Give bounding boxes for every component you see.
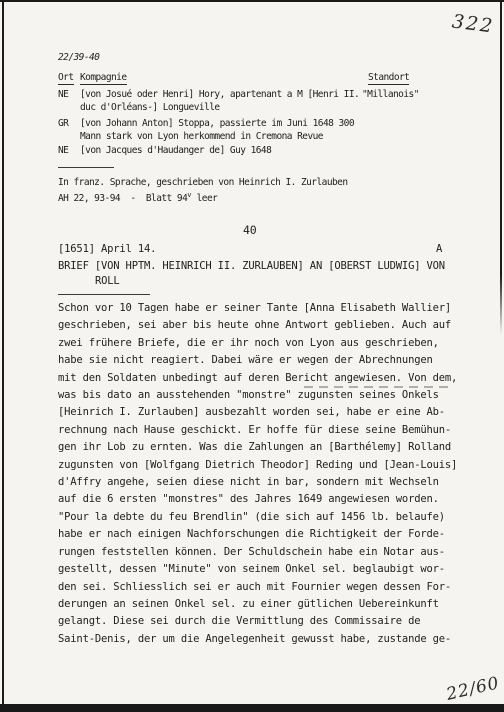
table-header-row: Ort Kompagnie Standort xyxy=(0,71,31,136)
correction-smudge xyxy=(304,386,450,388)
source-reference: AH 22, 93-94 - Blatt 94v leer xyxy=(58,189,217,205)
title-divider xyxy=(58,294,150,295)
entry-body-text: Schon vor 10 Tagen habe er seiner Tante … xyxy=(58,300,458,648)
entry-letter-mark: A xyxy=(436,241,442,258)
row-code: NE xyxy=(58,88,68,101)
row-code: NE xyxy=(58,144,68,157)
row-company-text: [von Josué oder Henri] Hory, apartenant … xyxy=(80,88,359,114)
entry-title-line2: ROLL xyxy=(95,273,120,290)
row-standort: "Millanois" xyxy=(362,88,419,101)
row-company-text: [von Johann Anton] Stoppa, passierte im … xyxy=(80,117,354,143)
handwritten-page-number: 322 xyxy=(451,11,496,38)
section-divider xyxy=(58,167,114,168)
scan-edge-right xyxy=(500,0,502,335)
archive-reference: 22/39-40 xyxy=(58,51,99,64)
row-company-text: [von Jacques d'Haudanger de] Guy 1648 xyxy=(80,144,271,157)
scan-edge-top xyxy=(0,0,504,2)
table-header-ort: Ort xyxy=(58,71,74,84)
handwritten-shelfmark: 22/60 xyxy=(444,673,501,705)
table-header-standort: Standort xyxy=(368,71,409,84)
row-code: GR xyxy=(58,117,68,130)
table-header-kompagnie: Kompagnie xyxy=(80,71,127,84)
entry-date: [1651] April 14. xyxy=(58,241,156,258)
entry-number: 40 xyxy=(243,222,257,239)
language-note: In franz. Sprache, geschrieben von Heinr… xyxy=(58,176,348,189)
scanned-document-page: 322 22/60 22/39-40 Ort Kompagnie Standor… xyxy=(0,0,504,712)
scan-edge-bottom xyxy=(0,704,504,712)
